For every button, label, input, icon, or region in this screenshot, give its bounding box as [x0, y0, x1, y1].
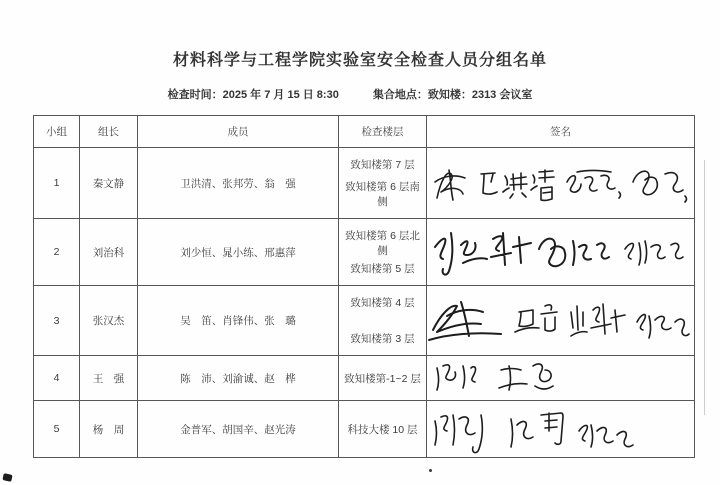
page-title: 材料科学与工程学院实验室安全检查人员分组名单 [0, 47, 720, 70]
signature-cell [427, 356, 695, 401]
floor-line-1: 致知楼第 6 层北侧 [341, 228, 424, 258]
table-header-row: 小组 组长 成员 检查楼层 签名 [34, 116, 695, 148]
meeting-place-value: 致知楼：2313 会议室 [428, 89, 533, 101]
floor-line-1: 科技大楼 10 层 [347, 422, 417, 437]
handwritten-signatures-row3-members [427, 286, 694, 355]
member-names: 吴 笛、肖锋伟、张 璐 [138, 286, 339, 356]
group-number: 3 [34, 286, 80, 356]
meta-line: 检查时间：2025 年 7 月 15 日 8:30集合地点：致知楼：2313 会… [0, 86, 700, 102]
group-number: 2 [34, 219, 80, 286]
scan-artifact-smudge [2, 473, 12, 482]
table-row: 3 张汉杰 吴 笛、肖锋伟、张 璐 致知楼第 4 层 致知楼第 3 层 [34, 286, 695, 356]
header-group: 小组 [34, 116, 80, 148]
header-leader: 组长 [80, 116, 138, 148]
floor-line-1: 致知楼第-1~2 层 [344, 371, 421, 386]
floor-line-1: 致知楼第 7 层 [350, 157, 414, 172]
grouping-table: 小组 组长 成员 检查楼层 签名 1 秦文静 卫洪清、张邦劳、翁 强 致知楼第 … [33, 115, 695, 458]
header-members: 成员 [138, 116, 339, 148]
signature-cell [427, 219, 695, 286]
scan-paper-edge [704, 160, 705, 415]
header-floors: 检查楼层 [339, 116, 427, 148]
floors-cell: 科技大楼 10 层 [339, 401, 427, 458]
floor-line-2: 致知楼第 6 层南侧 [341, 179, 424, 209]
member-names: 陈 沛、刘渝诚、赵 桦 [138, 356, 339, 401]
floors-cell: 致知楼第 7 层 致知楼第 6 层南侧 [339, 148, 427, 219]
table-row: 2 刘治科 刘少恒、晁小练、邢惠萍 致知楼第 6 层北侧 致知楼第 5 层 [34, 219, 695, 286]
leader-name: 杨 周 [80, 401, 138, 458]
handwritten-signatures-row1 [427, 148, 694, 218]
scanned-document: 材料科学与工程学院实验室安全检查人员分组名单 检查时间：2025 年 7 月 1… [0, 0, 720, 485]
scan-artifact-dot [429, 469, 432, 472]
floors-cell: 致知楼第 4 层 致知楼第 3 层 [339, 286, 427, 356]
leader-name: 刘治科 [80, 219, 138, 286]
handwritten-signature-third-row2 [427, 219, 694, 285]
floors-cell: 致知楼第-1~2 层 [339, 356, 427, 401]
member-names: 卫洪清、张邦劳、翁 强 [138, 148, 339, 219]
floors-cell: 致知楼第 6 层北侧 致知楼第 5 层 [339, 219, 427, 286]
floor-line-1: 致知楼第 4 层 [350, 295, 414, 310]
floor-line-2: 致知楼第 3 层 [350, 331, 414, 346]
member-names: 金普军、胡国辛、赵光涛 [138, 401, 339, 458]
floor-line-2: 致知楼第 5 层 [350, 261, 414, 276]
meeting-place-label: 集合地点： [373, 89, 428, 101]
leader-name: 秦文静 [80, 148, 138, 219]
header-signature: 签名 [427, 116, 695, 148]
table-row: 5 杨 周 金普军、胡国辛、赵光涛 科技大楼 10 层 [34, 401, 695, 458]
handwritten-signatures-row5 [427, 401, 694, 457]
table-row: 1 秦文静 卫洪清、张邦劳、翁 强 致知楼第 7 层 致知楼第 6 层南侧 [34, 148, 695, 219]
group-number: 4 [34, 356, 80, 401]
member-names: 刘少恒、晁小练、邢惠萍 [138, 219, 339, 286]
leader-name: 王 强 [80, 356, 138, 401]
group-number: 5 [34, 401, 80, 458]
table-row: 4 王 强 陈 沛、刘渝诚、赵 桦 致知楼第-1~2 层 [34, 356, 695, 401]
signature-cell [427, 286, 695, 356]
inspection-time-value: 2025 年 7 月 15 日 8:30 [223, 89, 339, 101]
inspection-time-label: 检查时间： [168, 89, 223, 101]
leader-name: 张汉杰 [80, 286, 138, 356]
handwritten-signatures-row4 [427, 356, 694, 400]
signature-cell [427, 148, 695, 219]
signature-cell [427, 401, 695, 458]
group-number: 1 [34, 148, 80, 219]
